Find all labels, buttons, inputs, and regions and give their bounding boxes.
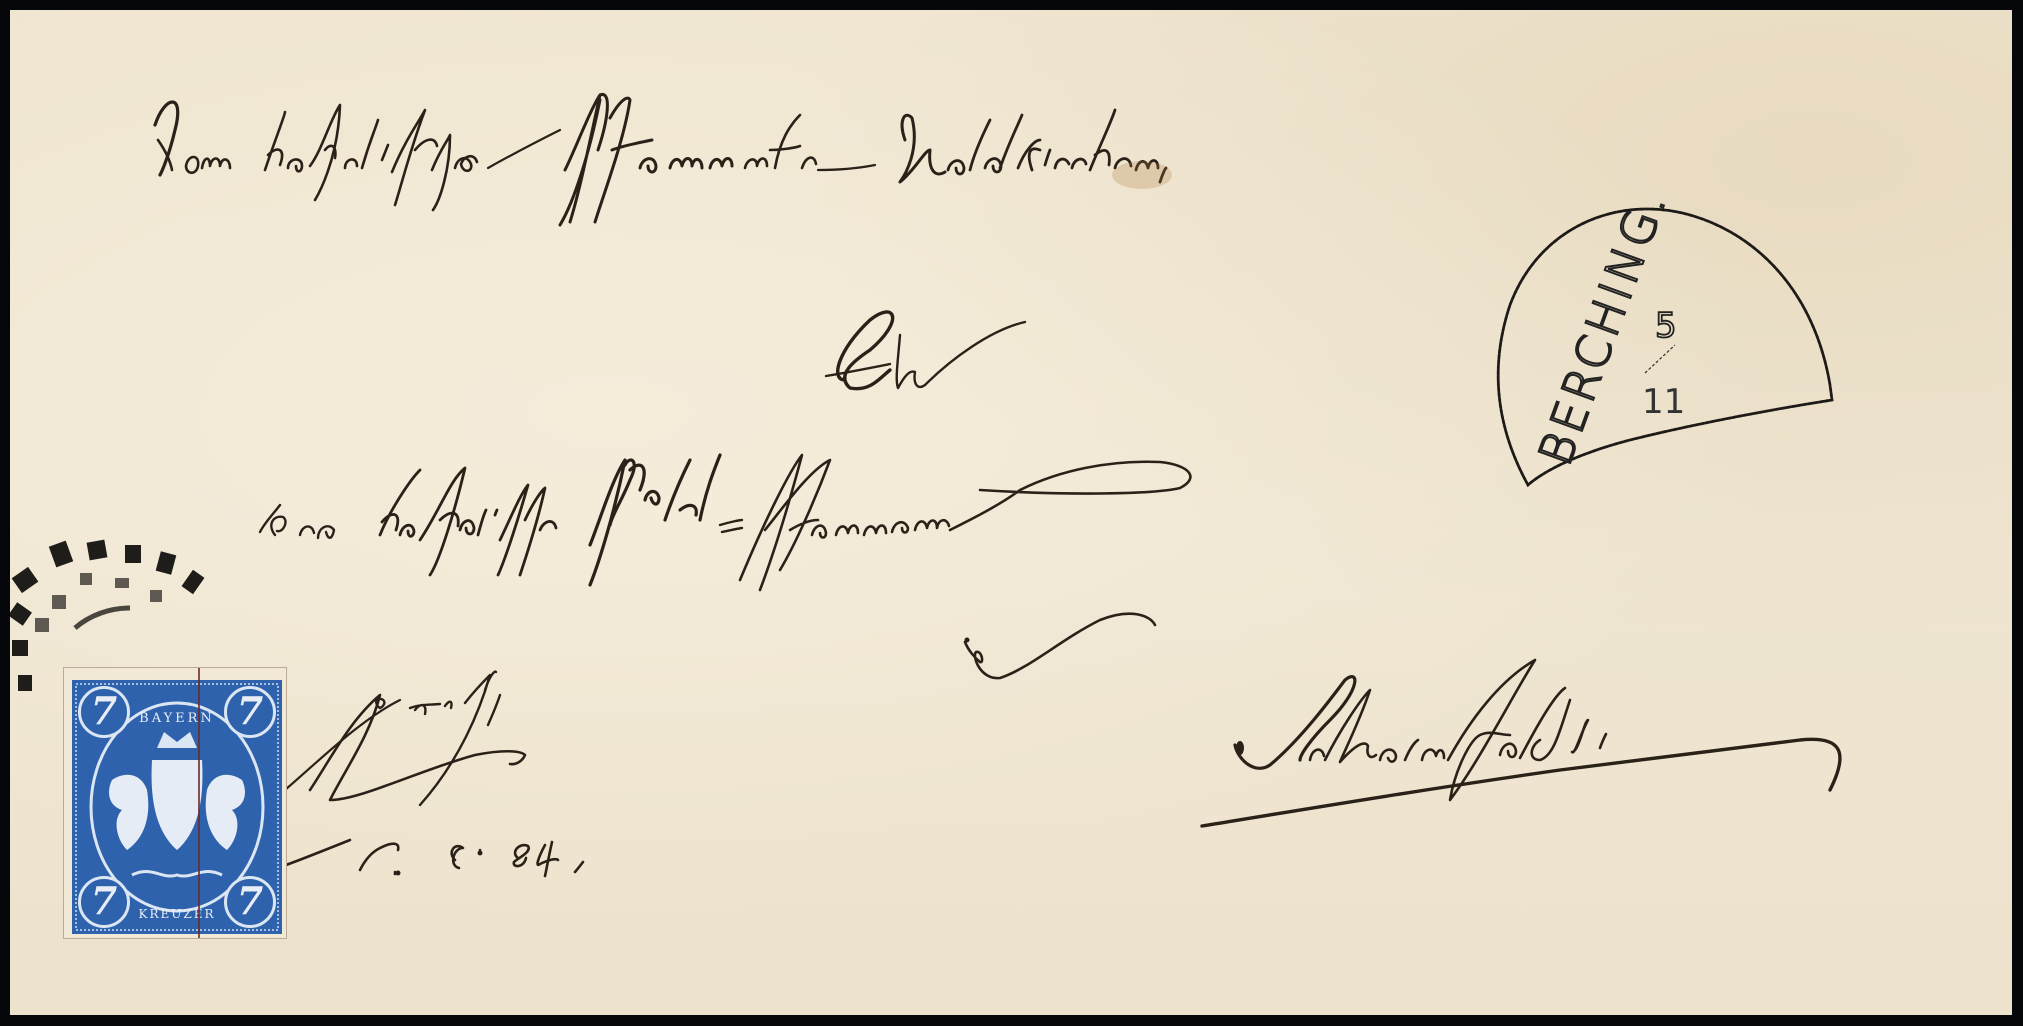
postmark-day: 5	[1655, 306, 1677, 346]
stamp-currency: KREUZER	[138, 907, 215, 921]
stamp-country: BAYERN	[139, 711, 215, 726]
envelope: Vom katholischen Pfarramte Waldkirchen, …	[10, 10, 2012, 1015]
stamp-value-top-right: 7	[224, 686, 276, 738]
postmark-berching: BERCHING. 5 11	[1498, 181, 1832, 485]
sender-line	[155, 94, 1172, 225]
in-line	[965, 614, 1156, 678]
recipient-line	[260, 455, 1190, 590]
stamp-red-line	[198, 668, 200, 938]
postage-stamp: BAYERN KREUZER 7 7 7 7	[63, 667, 287, 939]
handwriting-layer: BERCHING. 5 11	[10, 10, 2012, 1015]
postmark-month: 11	[1642, 382, 1685, 422]
to-line	[826, 312, 1025, 389]
stamp-value-bottom-left: 7	[78, 876, 130, 928]
stamp-value-top-left: 7	[78, 686, 130, 738]
stamp-design: BAYERN KREUZER 7 7 7 7	[72, 680, 282, 934]
annotation	[285, 672, 583, 876]
stamp-value-bottom-right: 7	[224, 876, 276, 928]
city-line	[1202, 660, 1840, 826]
